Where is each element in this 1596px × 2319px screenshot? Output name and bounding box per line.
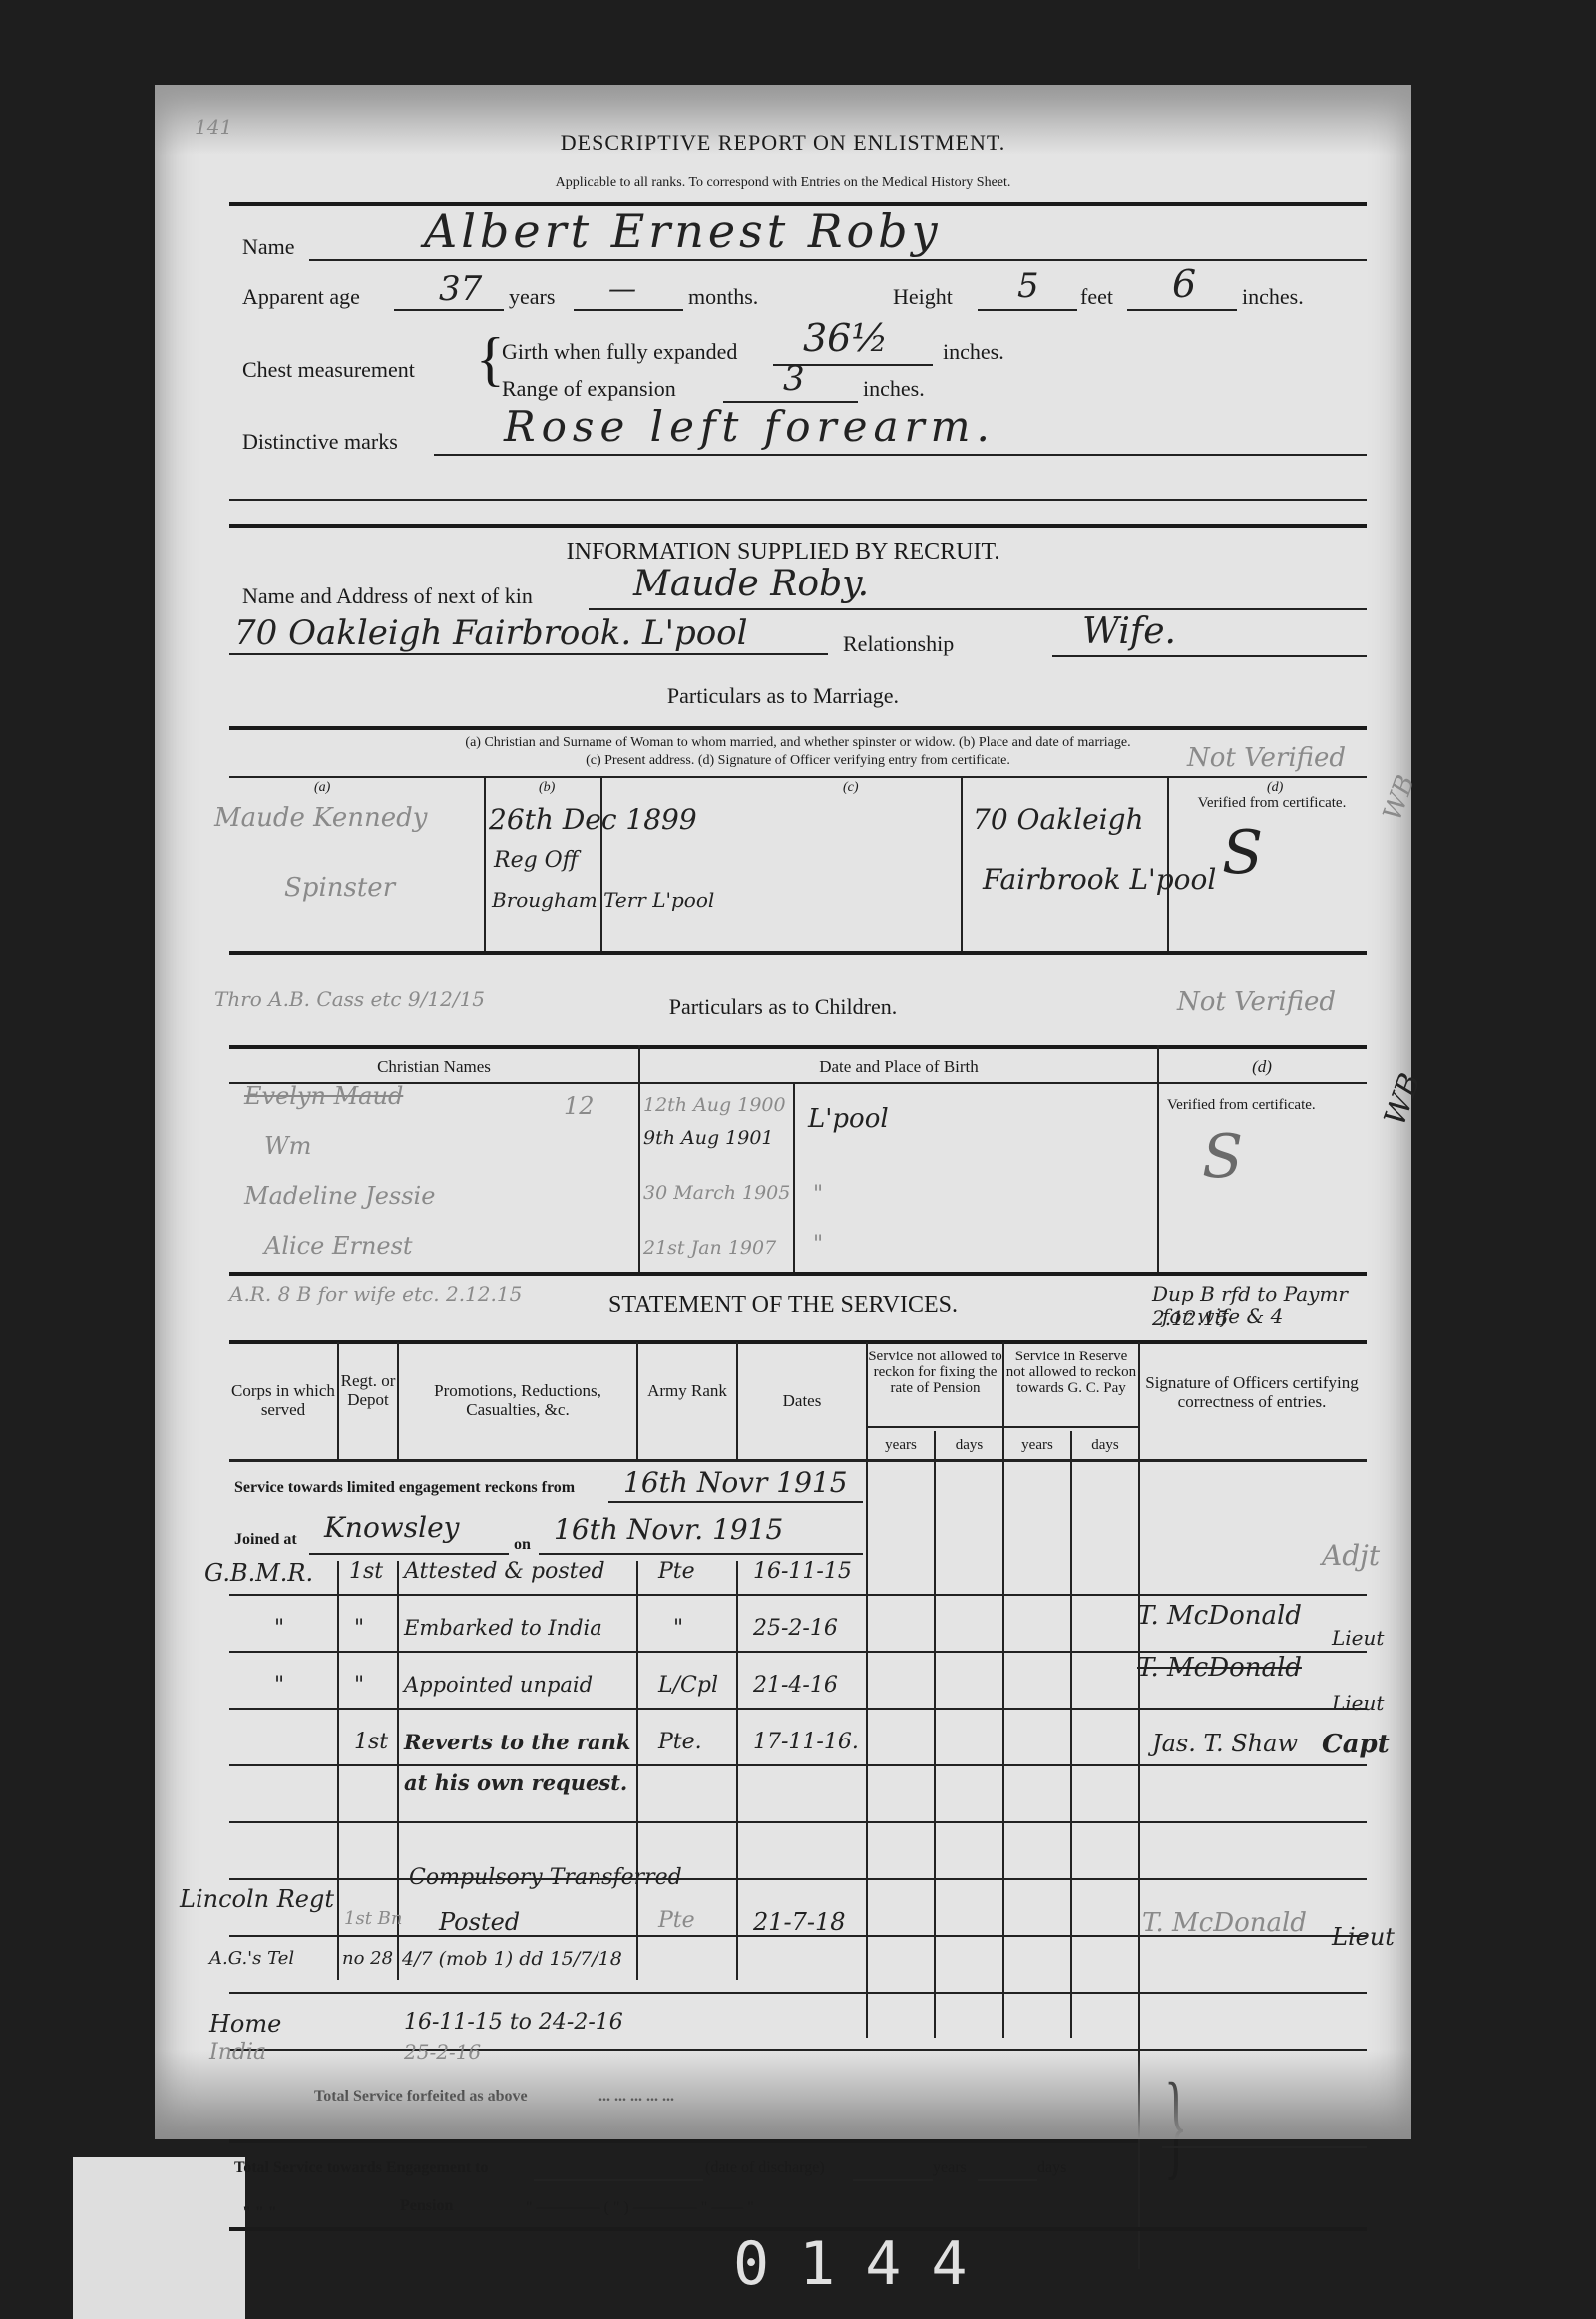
page-subtitle: Applicable to all ranks. To correspond w… bbox=[155, 175, 1411, 191]
service-corps: G.B.M.R. bbox=[204, 1559, 313, 1587]
col-gcpay-years: years bbox=[1004, 1436, 1070, 1455]
row-line bbox=[229, 1992, 1367, 1994]
marks-label: Distinctive marks bbox=[242, 429, 398, 455]
years-label: years bbox=[509, 284, 555, 310]
service-row: 1st Reverts to the rank Pte. 17-11-16. J… bbox=[155, 1730, 1411, 1767]
marriage-place-1: Reg Off bbox=[494, 848, 578, 873]
marriage-divider bbox=[229, 726, 1367, 730]
section-divider bbox=[229, 524, 1367, 528]
service-rank: " bbox=[673, 1616, 683, 1641]
marriage-table-bottom bbox=[229, 951, 1367, 955]
officer-title: Adjt bbox=[1322, 1539, 1380, 1572]
age-months-line bbox=[574, 309, 683, 311]
child-birth-date: 30 March 1905 bbox=[643, 1182, 790, 1204]
service-corps: " bbox=[274, 1616, 284, 1641]
age-years-line bbox=[394, 309, 504, 311]
service-row: A.G.'s Tel no 28 4/7 (mob 1) dd 15/7/18 bbox=[155, 1948, 1411, 1986]
service-event: Posted bbox=[439, 1908, 520, 1936]
wife-status: Spinster bbox=[284, 873, 395, 903]
col-gcpay: Service in Reserve not allowed to reckon… bbox=[1004, 1349, 1138, 1396]
service-row: " " Embarked to India " 25-2-16 T. McDon… bbox=[155, 1616, 1411, 1654]
service-date: 25-2-16 bbox=[753, 1616, 838, 1641]
form-bottom-rule bbox=[229, 2227, 1367, 2231]
joined-date: 16th Novr. 1915 bbox=[554, 1513, 783, 1546]
children-not-verified-note: Not Verified bbox=[1177, 987, 1336, 1017]
marriage-col-divider bbox=[961, 776, 963, 951]
kin-address-value: 70 Oakleigh Fairbrook. L'pool bbox=[234, 613, 748, 653]
officer-signature: T. McDonald bbox=[1137, 1601, 1302, 1631]
girth-value: 36½ bbox=[803, 316, 888, 360]
age-months-value: — bbox=[608, 272, 636, 305]
child-birth-date: 9th Aug 1901 bbox=[643, 1127, 774, 1149]
col-corps: Corps in which served bbox=[229, 1381, 337, 1419]
years-line bbox=[853, 2179, 933, 2181]
page-title: DESCRIPTIVE REPORT ON ENLISTMENT. bbox=[155, 130, 1411, 156]
service-row: at his own request. bbox=[155, 1770, 1411, 1808]
col-pension: Service not allowed to reckon for fixing… bbox=[868, 1349, 1002, 1396]
relationship-line bbox=[1052, 655, 1367, 657]
officer-title: Lieut bbox=[1332, 1691, 1384, 1715]
reckons-label: Service towards limited engagement recko… bbox=[234, 1479, 575, 1497]
officer-signature: Jas. T. Shaw bbox=[1152, 1730, 1298, 1757]
marriage-col-d: (d) bbox=[1267, 780, 1283, 796]
height-label: Height bbox=[893, 284, 953, 310]
service-regt: 1st bbox=[349, 1559, 383, 1584]
reckons-value: 16th Novr 1915 bbox=[623, 1466, 848, 1499]
height-feet-line bbox=[978, 309, 1077, 311]
child-row: Evelyn Maud 12 12th Aug 1900 L'pool bbox=[244, 1082, 1342, 1122]
col-signature: Signature of Officers certifying correct… bbox=[1142, 1373, 1362, 1411]
marriage-verifier-initial: S bbox=[1222, 818, 1263, 888]
row-line bbox=[229, 1821, 1367, 1823]
service-date: 21-4-16 bbox=[753, 1673, 838, 1698]
forfeited-label: Total Service forfeited as above bbox=[314, 2088, 528, 2106]
marriage-margin-initials: WB bbox=[1378, 771, 1421, 824]
children-table-top bbox=[229, 1045, 1367, 1049]
marriage-verified-label: Verified from certificate. bbox=[1177, 795, 1367, 812]
joined-date-line bbox=[539, 1553, 863, 1555]
col-gcpay-days: days bbox=[1072, 1436, 1138, 1455]
service-rank: L/Cpl bbox=[658, 1673, 718, 1698]
range-label: Range of expansion bbox=[502, 376, 676, 402]
present-address-1: 70 Oakleigh bbox=[973, 803, 1144, 836]
scan-label-sticker bbox=[73, 2157, 245, 2319]
forfeited-bottom-rule bbox=[229, 2139, 1138, 2143]
service-regt: 1st Bn bbox=[344, 1908, 402, 1929]
child-name: Madeline Jessie bbox=[244, 1182, 435, 1210]
service-row: " " Appointed unpaid L/Cpl 21-4-16 T. Mc… bbox=[155, 1673, 1411, 1711]
page-counter: 0144 bbox=[733, 2229, 997, 2299]
service-rank: Pte bbox=[658, 1908, 695, 1933]
service-row: G.B.M.R. 1st Attested & posted Pte 16-11… bbox=[155, 1559, 1411, 1597]
on-label: on bbox=[514, 1536, 531, 1554]
officer-signature: T. McDonald bbox=[1137, 1653, 1302, 1683]
service-event: at his own request. bbox=[404, 1770, 627, 1795]
totals-brace: } bbox=[1164, 2065, 1187, 2184]
enlistment-form: 141 DESCRIPTIVE REPORT ON ENLISTMENT. Ap… bbox=[155, 85, 1411, 2139]
services-note-right-2: for wife & 4 bbox=[1162, 1304, 1283, 1328]
col-dates: Dates bbox=[738, 1391, 866, 1410]
subheader-line bbox=[866, 1426, 1138, 1428]
name-label: Name bbox=[242, 234, 295, 260]
joined-label: Joined at bbox=[234, 1531, 297, 1549]
kin-name-line bbox=[589, 608, 1367, 610]
children-col-d: (d) bbox=[1157, 1057, 1367, 1077]
child-row: Madeline Jessie 30 March 1905 " bbox=[244, 1182, 1342, 1222]
wife-name: Maude Kennedy bbox=[214, 803, 427, 833]
service-event: Attested & posted bbox=[404, 1559, 605, 1584]
total-years-label: years bbox=[933, 2159, 967, 2177]
height-inches-line bbox=[1127, 309, 1237, 311]
totals-signature-line bbox=[1162, 2146, 1367, 2148]
child-birth-date: 12th Aug 1900 bbox=[643, 1094, 786, 1116]
marriage-col-b: (b) bbox=[539, 780, 555, 796]
children-col-birth: Date and Place of Birth bbox=[640, 1057, 1157, 1077]
service-date: 16-11-15 bbox=[753, 1559, 852, 1584]
forfeited-dots: ... ... ... ... ... bbox=[598, 2088, 674, 2106]
india-dates: 25-2-16 bbox=[404, 2040, 481, 2064]
relationship-label: Relationship bbox=[843, 631, 954, 657]
range-unit: inches. bbox=[863, 376, 925, 402]
age-years-value: 37 bbox=[439, 269, 482, 309]
chest-label: Chest measurement bbox=[242, 357, 415, 383]
child-age: 12 bbox=[564, 1092, 595, 1120]
child-name: Wm bbox=[264, 1132, 311, 1160]
total-engagement-label: Total Service towards Engagement to bbox=[234, 2159, 489, 2177]
service-row: Lincoln Regt Compulsory Transferred bbox=[155, 1865, 1411, 1903]
officer-title: Capt bbox=[1322, 1730, 1390, 1759]
marriage-not-verified-note: Not Verified bbox=[1187, 743, 1346, 773]
service-corps: A.G.'s Tel bbox=[209, 1948, 294, 1969]
service-regt: " bbox=[354, 1673, 364, 1698]
girth-label: Girth when fully expanded bbox=[502, 339, 737, 365]
days-line bbox=[978, 2179, 1037, 2181]
col-regt: Regt. or Depot bbox=[339, 1371, 397, 1409]
service-corps: " bbox=[274, 1673, 284, 1698]
reckons-line bbox=[608, 1501, 863, 1503]
child-birth-place: L'pool bbox=[808, 1104, 889, 1134]
relationship-value: Wife. bbox=[1082, 611, 1176, 652]
total-days-label: days bbox=[1037, 2159, 1066, 2177]
service-date: 17-11-16. bbox=[753, 1730, 859, 1754]
officer-signature: T. McDonald bbox=[1142, 1908, 1307, 1938]
kin-address-line bbox=[229, 653, 828, 655]
service-regt: no 28 bbox=[342, 1948, 393, 1969]
services-header-bottom bbox=[229, 1459, 1367, 1462]
service-event: Embarked to India bbox=[404, 1616, 602, 1640]
discharge-label: (date of discharge) bbox=[705, 2159, 825, 2177]
col-pension-years: years bbox=[868, 1436, 934, 1455]
service-rank: Pte. bbox=[658, 1730, 702, 1754]
joined-place-line bbox=[309, 1553, 509, 1555]
discharge-date-line bbox=[534, 2179, 703, 2181]
marriage-place-2: Brougham Terr L'pool bbox=[492, 888, 714, 912]
children-margin-initials: WB bbox=[1378, 1069, 1428, 1131]
service-date: 21-7-18 bbox=[753, 1908, 846, 1936]
col-promotions: Promotions, Reductions, Casualties, &c. bbox=[399, 1381, 636, 1419]
girth-unit: inches. bbox=[943, 339, 1004, 365]
recruit-info-heading: INFORMATION SUPPLIED BY RECRUIT. bbox=[155, 539, 1411, 566]
col-pension-days: days bbox=[936, 1436, 1002, 1455]
officer-title: Lieut bbox=[1332, 1626, 1384, 1650]
marriage-col-c: (c) bbox=[843, 780, 859, 796]
service-regt: " bbox=[354, 1616, 364, 1641]
child-row: Wm 9th Aug 1901 bbox=[244, 1132, 1342, 1172]
children-col-names: Christian Names bbox=[229, 1057, 638, 1077]
marriage-heading: Particulars as to Marriage. bbox=[155, 683, 1411, 709]
age-label: Apparent age bbox=[242, 284, 360, 310]
joined-place: Knowsley bbox=[324, 1511, 460, 1544]
kin-label: Name and Address of next of kin bbox=[242, 583, 533, 609]
marriage-table-top bbox=[229, 776, 1367, 778]
marriage-col-a: (a) bbox=[314, 780, 330, 796]
service-event: Compulsory Transferred bbox=[409, 1865, 682, 1890]
height-inches-value: 6 bbox=[1172, 262, 1196, 306]
pension-tail: " ———— ( " ) ———— " —— " bbox=[526, 2199, 754, 2217]
child-birth-place: " bbox=[813, 1182, 823, 1207]
service-event: 4/7 (mob 1) dd 15/7/18 bbox=[402, 1948, 622, 1970]
months-label: months. bbox=[688, 284, 758, 310]
child-name: Evelyn Maud bbox=[244, 1082, 403, 1110]
officer-title: Lieut bbox=[1332, 1923, 1395, 1951]
marriage-date: 26th Dec 1899 bbox=[489, 803, 697, 836]
service-event: Appointed unpaid bbox=[404, 1673, 593, 1697]
service-regt: 1st bbox=[354, 1730, 388, 1754]
chest-brace: { bbox=[476, 329, 505, 389]
range-value: 3 bbox=[783, 359, 805, 399]
name-line bbox=[309, 259, 1367, 261]
marks-line bbox=[434, 454, 1367, 456]
height-feet-value: 5 bbox=[1017, 266, 1039, 306]
name-value: Albert Ernest Roby bbox=[424, 204, 942, 258]
home-label: Home bbox=[209, 2010, 281, 2038]
service-rank: Pte bbox=[658, 1559, 695, 1584]
service-event: Reverts to the rank bbox=[404, 1730, 630, 1754]
inches-label: inches. bbox=[1242, 284, 1304, 310]
pension-ditto: " " " bbox=[242, 2204, 277, 2222]
india-label: India bbox=[209, 2040, 266, 2065]
services-table-top bbox=[229, 1340, 1367, 1344]
pension-label: Pension bbox=[400, 2197, 453, 2215]
present-address-2: Fairbrook L'pool bbox=[983, 863, 1216, 896]
services-col-divider bbox=[636, 1342, 638, 1459]
home-dates: 16-11-15 to 24-2-16 bbox=[404, 2010, 623, 2035]
feet-label: feet bbox=[1080, 284, 1113, 310]
service-row: 1st Bn Posted Pte 21-7-18 T. McDonald Li… bbox=[155, 1908, 1411, 1946]
blank-line bbox=[229, 499, 1367, 501]
row-line bbox=[229, 2049, 1367, 2051]
marks-value: Rose left forearm. bbox=[504, 402, 996, 451]
kin-name-value: Maude Roby. bbox=[633, 564, 869, 604]
marriage-col-divider bbox=[484, 776, 486, 951]
col-rank: Army Rank bbox=[638, 1381, 736, 1400]
